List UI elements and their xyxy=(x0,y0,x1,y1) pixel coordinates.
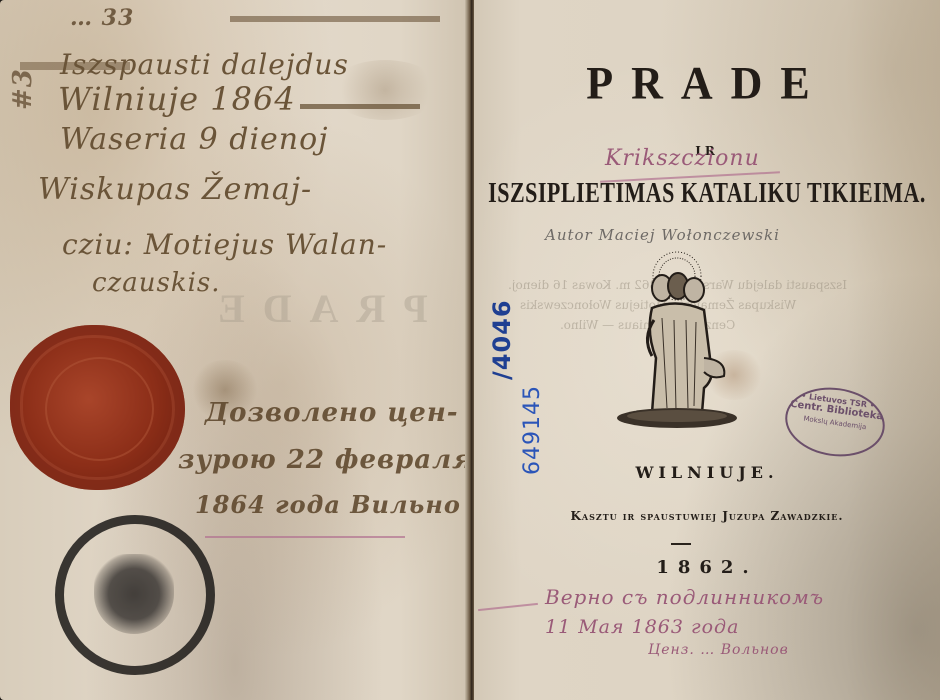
printer-line: Kasztu ir spaustuwiej Juzupa Zawadzkie. xyxy=(474,509,940,523)
margin-mark: #3 xyxy=(8,68,38,110)
left-page: PRADE #3 … 33 Iszspausti dalejdus Wilniu… xyxy=(0,0,470,700)
round-ink-stamp xyxy=(55,515,215,675)
handwriting-line: Waseria 9 dienoj xyxy=(60,122,328,157)
inventory-number: 649145 xyxy=(520,385,545,475)
wax-seal xyxy=(10,325,185,490)
handwriting-line: Iszspausti dalejdus xyxy=(60,48,349,81)
place-of-publication: WILNIUJE. xyxy=(474,463,940,482)
handwriting-line: czauskis. xyxy=(92,268,221,298)
publication-year: 1862. xyxy=(474,557,940,578)
handwritten-insert: Krikszczionu xyxy=(605,146,760,171)
handwriting-struck-line: … 33 xyxy=(70,5,134,31)
book-title: PRADE xyxy=(474,57,940,111)
book-spread: PRADE #3 … 33 Iszspausti dalejdus Wilniu… xyxy=(0,0,940,700)
eagle-emblem-icon xyxy=(94,554,174,634)
violet-underline xyxy=(205,536,405,538)
divider-rule xyxy=(671,543,691,545)
cyrillic-handwriting-line: 1864 года Вильно xyxy=(195,490,461,519)
strike-through xyxy=(300,104,420,109)
inventory-number: /4046 xyxy=(488,299,516,380)
cyrillic-certification-line: Верно съ подлинникомъ xyxy=(545,585,824,609)
strike-through xyxy=(230,16,440,22)
handwriting-line: Wilniuje 1864 xyxy=(58,80,296,118)
good-shepherd-engraving xyxy=(612,248,742,438)
handwriting-line: Wiskupas Žemaj- xyxy=(38,172,312,207)
bleed-through-title: PRADE xyxy=(200,285,428,332)
seal-emblem xyxy=(45,357,154,461)
cyrillic-handwriting-line: зурою 22 февраля xyxy=(178,445,470,475)
book-subtitle: ISZSIPLIETIMAS KATALIKU TIKIEIMA. xyxy=(474,176,940,210)
cyrillic-handwriting-line: Дозволено цен- xyxy=(205,398,459,428)
pencil-author-note: Autor Maciej Wołonczewski xyxy=(545,226,780,244)
handwriting-line: cziu: Motiejus Walan- xyxy=(62,228,387,261)
cyrillic-certification-line: Ценз. … Вольнов xyxy=(648,642,789,658)
cyrillic-certification-line: 11 Мая 1863 года xyxy=(545,616,739,638)
